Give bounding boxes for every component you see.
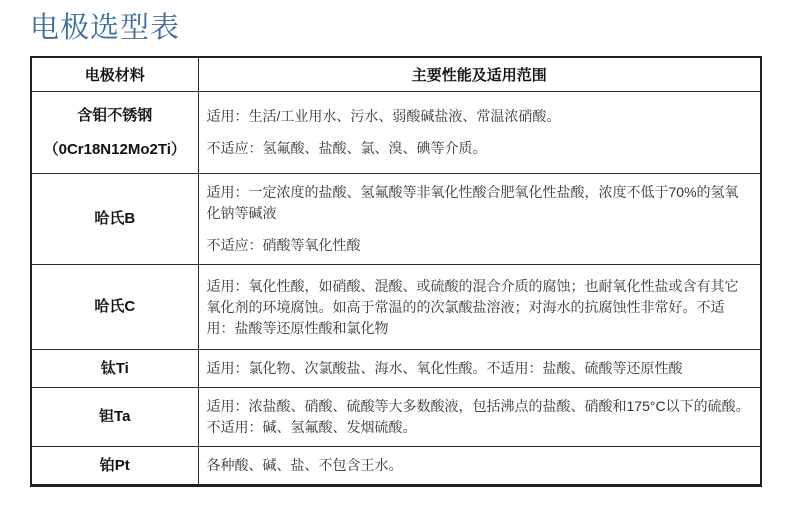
table-row: 钽Ta 适用：浓盐酸、硝酸、硫酸等大多数酸液，包括沸点的盐酸、硝酸和175°C以…	[31, 388, 761, 447]
suitable-text: 适用：生活/工业用水、污水、弱酸碱盐液、常温浓硝酸。	[207, 106, 753, 127]
table-row: 含钼不锈钢 （0Cr18N12Mo2Ti） 适用：生活/工业用水、污水、弱酸碱盐…	[31, 92, 761, 174]
material-name: 钛Ti	[34, 359, 196, 379]
material-name: 哈氏C	[34, 297, 196, 317]
material-name: 钽Ta	[34, 407, 196, 427]
description-cell: 适用：氧化性酸，如硝酸、混酸、或硫酸的混合介质的腐蚀；也耐氧化性盐或含有其它氧化…	[198, 265, 761, 350]
suitable-text: 适用：氯化物、次氯酸盐、海水、氧化性酸。不适用：盐酸、硫酸等还原性酸	[207, 358, 753, 379]
unsuitable-text: 不适应：硝酸等氧化性酸	[207, 235, 753, 256]
material-name: 含钼不锈钢	[34, 106, 196, 126]
description-cell: 适用：生活/工业用水、污水、弱酸碱盐液、常温浓硝酸。 不适应：氢氟酸、盐酸、氯、…	[198, 92, 761, 174]
column-header-performance: 主要性能及适用范围	[198, 57, 761, 92]
material-cell-molybdenum-stainless-steel: 含钼不锈钢 （0Cr18N12Mo2Ti）	[31, 92, 198, 174]
material-cell-hastelloy-b: 哈氏B	[31, 174, 198, 265]
column-header-material: 电极材料	[31, 57, 198, 92]
table-row: 哈氏B 适用：一定浓度的盐酸、氢氟酸等非氧化性酸合肥氧化性盐酸，浓度不低于70%…	[31, 174, 761, 265]
material-cell-hastelloy-c: 哈氏C	[31, 265, 198, 350]
table-row: 铂Pt 各种酸、碱、盐、不包含王水。	[31, 447, 761, 486]
description-cell: 各种酸、碱、盐、不包含王水。	[198, 447, 761, 486]
material-grade: （0Cr18N12Mo2Ti）	[34, 140, 196, 160]
table-header-row: 电极材料 主要性能及适用范围	[31, 57, 761, 92]
description-cell: 适用：一定浓度的盐酸、氢氟酸等非氧化性酸合肥氧化性盐酸，浓度不低于70%的氢氧化…	[198, 174, 761, 265]
table-row: 哈氏C 适用：氧化性酸，如硝酸、混酸、或硫酸的混合介质的腐蚀；也耐氧化性盐或含有…	[31, 265, 761, 350]
material-cell-tantalum: 钽Ta	[31, 388, 198, 447]
description-cell: 适用：氯化物、次氯酸盐、海水、氧化性酸。不适用：盐酸、硫酸等还原性酸	[198, 350, 761, 388]
suitable-text: 适用：一定浓度的盐酸、氢氟酸等非氧化性酸合肥氧化性盐酸，浓度不低于70%的氢氧化…	[207, 182, 753, 224]
table-row: 钛Ti 适用：氯化物、次氯酸盐、海水、氧化性酸。不适用：盐酸、硫酸等还原性酸	[31, 350, 761, 388]
material-cell-titanium: 钛Ti	[31, 350, 198, 388]
suitable-text: 适用：浓盐酸、硝酸、硫酸等大多数酸液，包括沸点的盐酸、硝酸和175°C以下的硫酸…	[207, 396, 753, 438]
description-cell: 适用：浓盐酸、硝酸、硫酸等大多数酸液，包括沸点的盐酸、硝酸和175°C以下的硫酸…	[198, 388, 761, 447]
material-name: 铂Pt	[34, 456, 196, 476]
material-name: 哈氏B	[34, 209, 196, 229]
electrode-selection-table: 电极材料 主要性能及适用范围 含钼不锈钢 （0Cr18N12Mo2Ti） 适用：…	[30, 56, 762, 488]
unsuitable-text: 不适应：氢氟酸、盐酸、氯、溴、碘等介质。	[207, 138, 753, 159]
page-title: 电极选型表	[30, 13, 790, 45]
material-cell-platinum: 铂Pt	[31, 447, 198, 486]
suitable-text: 各种酸、碱、盐、不包含王水。	[207, 455, 753, 476]
suitable-text: 适用：氧化性酸，如硝酸、混酸、或硫酸的混合介质的腐蚀；也耐氧化性盐或含有其它氧化…	[207, 276, 753, 339]
